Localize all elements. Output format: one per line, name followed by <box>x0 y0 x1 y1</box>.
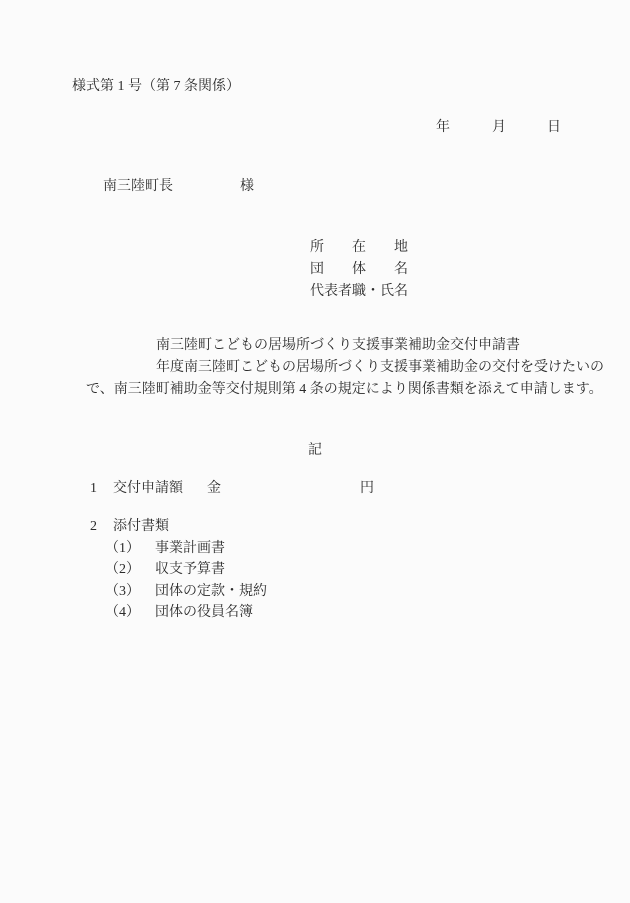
applicant-field-organization: 団 体 名 <box>310 262 408 278</box>
item-1-label: 交付申請額 <box>113 481 183 497</box>
sub-item-1-number: （1） <box>105 541 140 557</box>
sub-item-1-text: 事業計画書 <box>155 541 225 557</box>
sub-item-3-text: 団体の定款・規約 <box>155 584 267 600</box>
sub-item-2-text: 収支予算書 <box>155 562 225 578</box>
body-text-line-2: で、南三陸町補助金等交付規則第 4 条の規定により関係書類を添えて申請します。 <box>86 382 603 398</box>
record-marker: 記 <box>0 443 630 459</box>
applicant-field-location: 所 在 地 <box>310 240 408 256</box>
document-title: 南三陸町こどもの居場所づくり支援事業補助金交付申請書 <box>156 338 520 354</box>
item-1-unit: 円 <box>360 481 374 497</box>
date-month-label: 月 <box>492 120 506 136</box>
date-day-label: 日 <box>547 120 561 136</box>
addressee-name: 南三陸町長 <box>103 179 173 195</box>
item-1-number: 1 <box>90 481 97 497</box>
addressee-honorific: 様 <box>240 179 254 195</box>
sub-item-4-number: （4） <box>105 605 140 621</box>
item-2-label: 添付書類 <box>113 519 169 535</box>
sub-item-4-text: 団体の役員名簿 <box>155 605 253 621</box>
date-year-label: 年 <box>436 120 450 136</box>
applicant-field-representative: 代表者職・氏名 <box>310 284 408 300</box>
sub-item-2-number: （2） <box>105 562 140 578</box>
form-number: 様式第 1 号（第 7 条関係） <box>72 79 240 95</box>
body-text-line-1: 年度南三陸町こどもの居場所づくり支援事業補助金の交付を受けたいの <box>156 360 604 376</box>
item-2-number: 2 <box>90 519 97 535</box>
document-page: 様式第 1 号（第 7 条関係） 年 月 日 南三陸町長 様 所 在 地 団 体… <box>0 0 630 903</box>
sub-item-3-number: （3） <box>105 584 140 600</box>
item-1-currency-prefix: 金 <box>207 481 221 497</box>
